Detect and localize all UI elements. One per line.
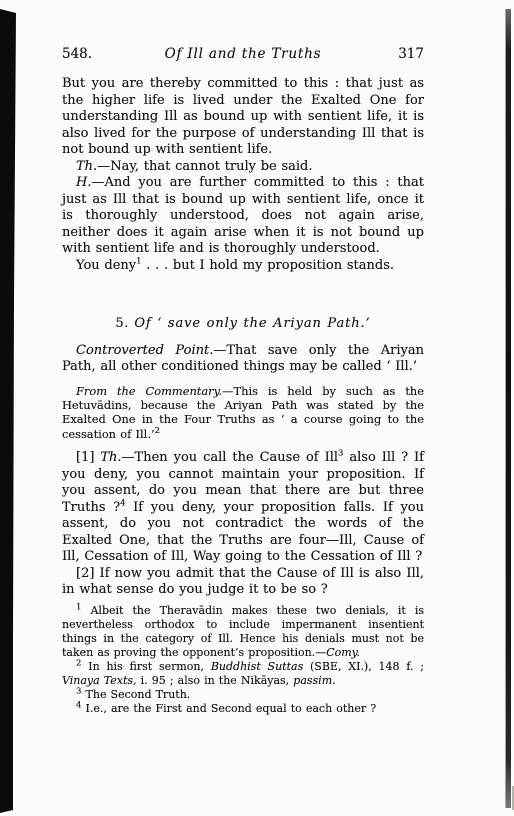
text-segment: Th. — [76, 159, 97, 174]
text-segment: Vinaya Texts, — [62, 674, 137, 687]
text-segment: passim. — [293, 674, 335, 687]
text-segment: . . . but I hold my proposition stands. — [142, 258, 394, 273]
text-segment: Th. — [100, 450, 121, 465]
scanned-book-page: 548. Of Ill and the Truths 317 But you a… — [0, 0, 514, 816]
text-segment: From the Commentary. — [76, 384, 222, 398]
text-segment: Albeit the Theravādin makes these two de… — [62, 604, 424, 659]
running-title: Of Ill and the Truths — [126, 46, 360, 62]
text-segment: —Nay, that cannot truly be said. — [97, 159, 312, 174]
text-segment: The Second Truth. — [81, 688, 190, 701]
text-segment: (SBE, XI.), 148 f. ; — [303, 660, 424, 673]
paragraph-numbered-2: [2] If now you admit that the Cause of I… — [62, 566, 424, 599]
text-segment: In his first sermon, — [81, 660, 210, 673]
text-segment: —Then you call the Cause of Ill — [122, 450, 338, 465]
text-segment: i. 95 ; also in the Nikāyas, — [137, 674, 294, 687]
text-segment: I.e., are the First and Second equal to … — [81, 702, 376, 715]
text-segment: [2] If now you admit that the Cause of I… — [62, 566, 424, 598]
page-content: 548. Of Ill and the Truths 317 But you a… — [62, 0, 424, 716]
footnote-1: 1 Albeit the Theravādin makes these two … — [62, 604, 424, 660]
text-segment: 5. — [115, 316, 134, 331]
scan-shadow-left-edge — [0, 0, 20, 816]
footnote-2: 2 In his first sermon, Buddhist Suttas (… — [62, 660, 424, 688]
text-segment: —And you are further committed to this :… — [62, 175, 424, 256]
scan-binding-right-edge — [506, 9, 511, 808]
paragraph-numbered-1: [1] Th.—Then you call the Cause of Ill3 … — [62, 450, 424, 566]
text-segment: Controverted Point. — [76, 343, 213, 358]
footnotes-block: 1 Albeit the Theravādin makes these two … — [62, 604, 424, 716]
text-segment: Of ‘ save only the Ariyan Path.’ — [134, 316, 370, 331]
paragraph-theravadin-reply: Th.—Nay, that cannot truly be said. — [62, 159, 424, 176]
text-segment: But you are thereby committed to this : … — [62, 76, 424, 157]
text-segment: H. — [76, 175, 91, 190]
footnote-3: 3 The Second Truth. — [62, 688, 424, 702]
section-heading: 5. Of ‘ save only the Ariyan Path.’ — [62, 316, 424, 333]
paragraph-you-deny: You deny1 . . . but I hold my propositio… — [62, 258, 424, 275]
paragraph-continuation: But you are thereby committed to this : … — [62, 76, 424, 159]
footnote-reference-superscript: 2 — [155, 426, 160, 436]
paragraph-opponent-argument: H.—And you are further committed to this… — [62, 175, 424, 258]
section-ref-number: 548. — [62, 46, 126, 62]
page-number: 317 — [360, 46, 424, 62]
text-segment: You deny — [76, 258, 136, 273]
running-header: 548. Of Ill and the Truths 317 — [62, 46, 424, 62]
text-segment: Comy. — [326, 646, 360, 659]
footnote-4: 4 I.e., are the First and Second equal t… — [62, 702, 424, 716]
paragraph-controverted-point: Controverted Point.—That save only the A… — [62, 343, 424, 376]
paragraph-commentary-excerpt: From the Commentary.—This is held by suc… — [62, 384, 424, 442]
text-segment: [1] — [76, 450, 100, 465]
text-segment: Buddhist Suttas — [211, 660, 303, 673]
